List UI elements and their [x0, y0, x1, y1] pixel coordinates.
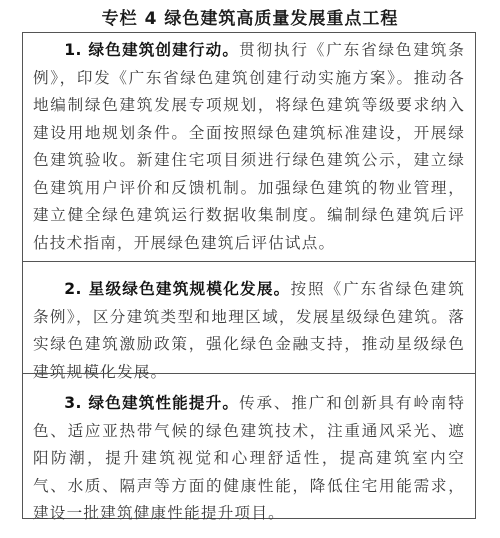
section-paragraph: 3. 绿色建筑性能提升。传承、推广和创新具有岭南特色、适应亚热带气候的绿色建筑技…: [33, 374, 465, 528]
section-heading: 2. 星级绿色建筑规模化发展。: [64, 280, 290, 298]
project-table: 1. 绿色建筑创建行动。贯彻执行《广东省绿色建筑条例》，印发《广东省绿色建筑创建…: [22, 32, 476, 519]
section-star-rated-scale: 2. 星级绿色建筑规模化发展。按照《广东省绿色建筑条例》，区分建筑类型和地理区域…: [23, 261, 475, 373]
section-body: 传承、推广和创新具有岭南特色、适应亚热带气候的绿色建筑技术，注重通风采光、遮阳防…: [33, 394, 465, 522]
section-heading: 1. 绿色建筑创建行动。: [64, 41, 239, 59]
section-body: 贯彻执行《广东省绿色建筑条例》，印发《广东省绿色建筑创建行动实施方案》。推动各地…: [33, 41, 465, 252]
section-paragraph: 2. 星级绿色建筑规模化发展。按照《广东省绿色建筑条例》，区分建筑类型和地理区域…: [33, 262, 465, 386]
section-heading: 3. 绿色建筑性能提升。: [64, 394, 239, 412]
document-title: 专栏 4 绿色建筑高质量发展重点工程: [0, 4, 500, 29]
section-green-building-creation: 1. 绿色建筑创建行动。贯彻执行《广东省绿色建筑条例》，印发《广东省绿色建筑创建…: [23, 33, 475, 261]
section-paragraph: 1. 绿色建筑创建行动。贯彻执行《广东省绿色建筑条例》，印发《广东省绿色建筑创建…: [33, 33, 465, 257]
section-performance-improvement: 3. 绿色建筑性能提升。传承、推广和创新具有岭南特色、适应亚热带气候的绿色建筑技…: [23, 373, 475, 520]
